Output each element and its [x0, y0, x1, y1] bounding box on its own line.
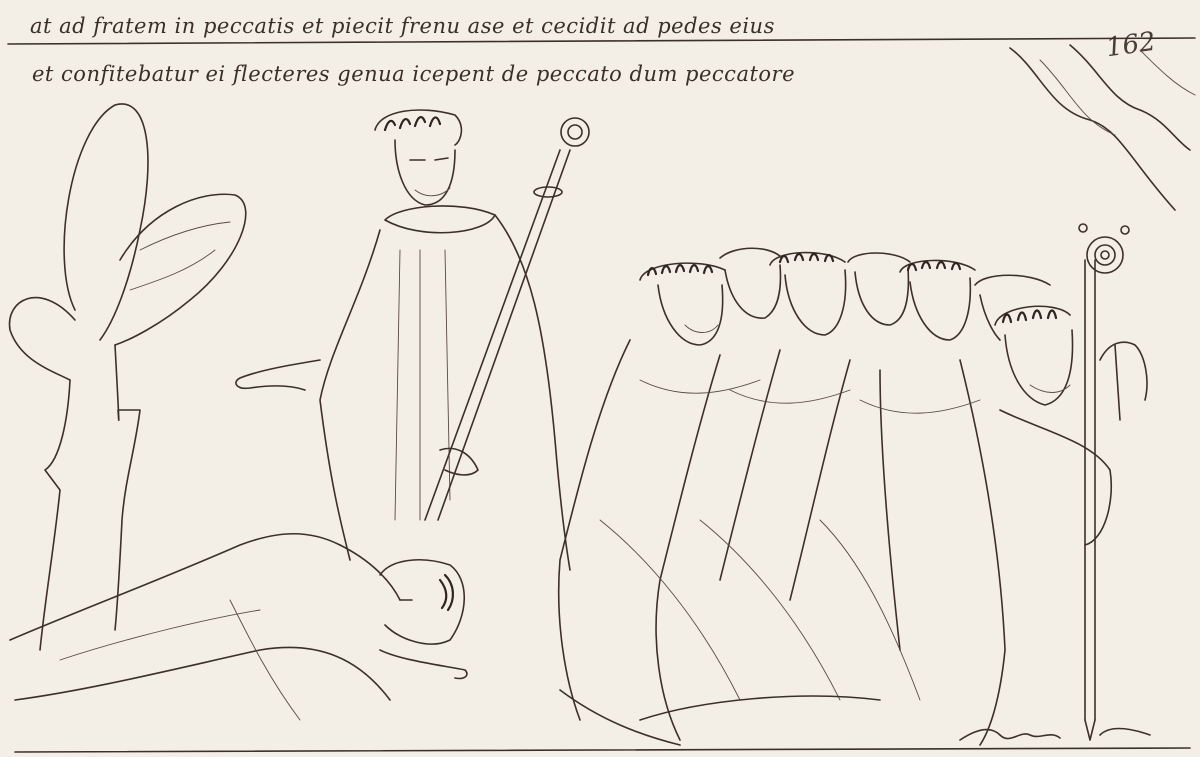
illustration [0, 0, 1200, 757]
monk-head-4 [848, 253, 910, 325]
monk-head-2 [720, 248, 782, 318]
cloud-waves-icon [1010, 45, 1195, 210]
monk-head-5 [900, 260, 975, 340]
ground-line [15, 748, 1190, 752]
monk-head-6 [975, 275, 1050, 340]
ruling-line [8, 38, 1195, 44]
prostrate-monk-figure [10, 534, 467, 720]
manuscript-page: at ad fratem in peccatis et piecit frenu… [0, 0, 1200, 757]
standing-abbot-figure [236, 110, 589, 570]
monk-head-1 [640, 263, 725, 345]
praying-abbot-figure [995, 306, 1147, 420]
kneeling-monks-group [559, 224, 1150, 745]
monk-head-3 [770, 253, 846, 335]
stylized-tree-icon [10, 104, 246, 650]
